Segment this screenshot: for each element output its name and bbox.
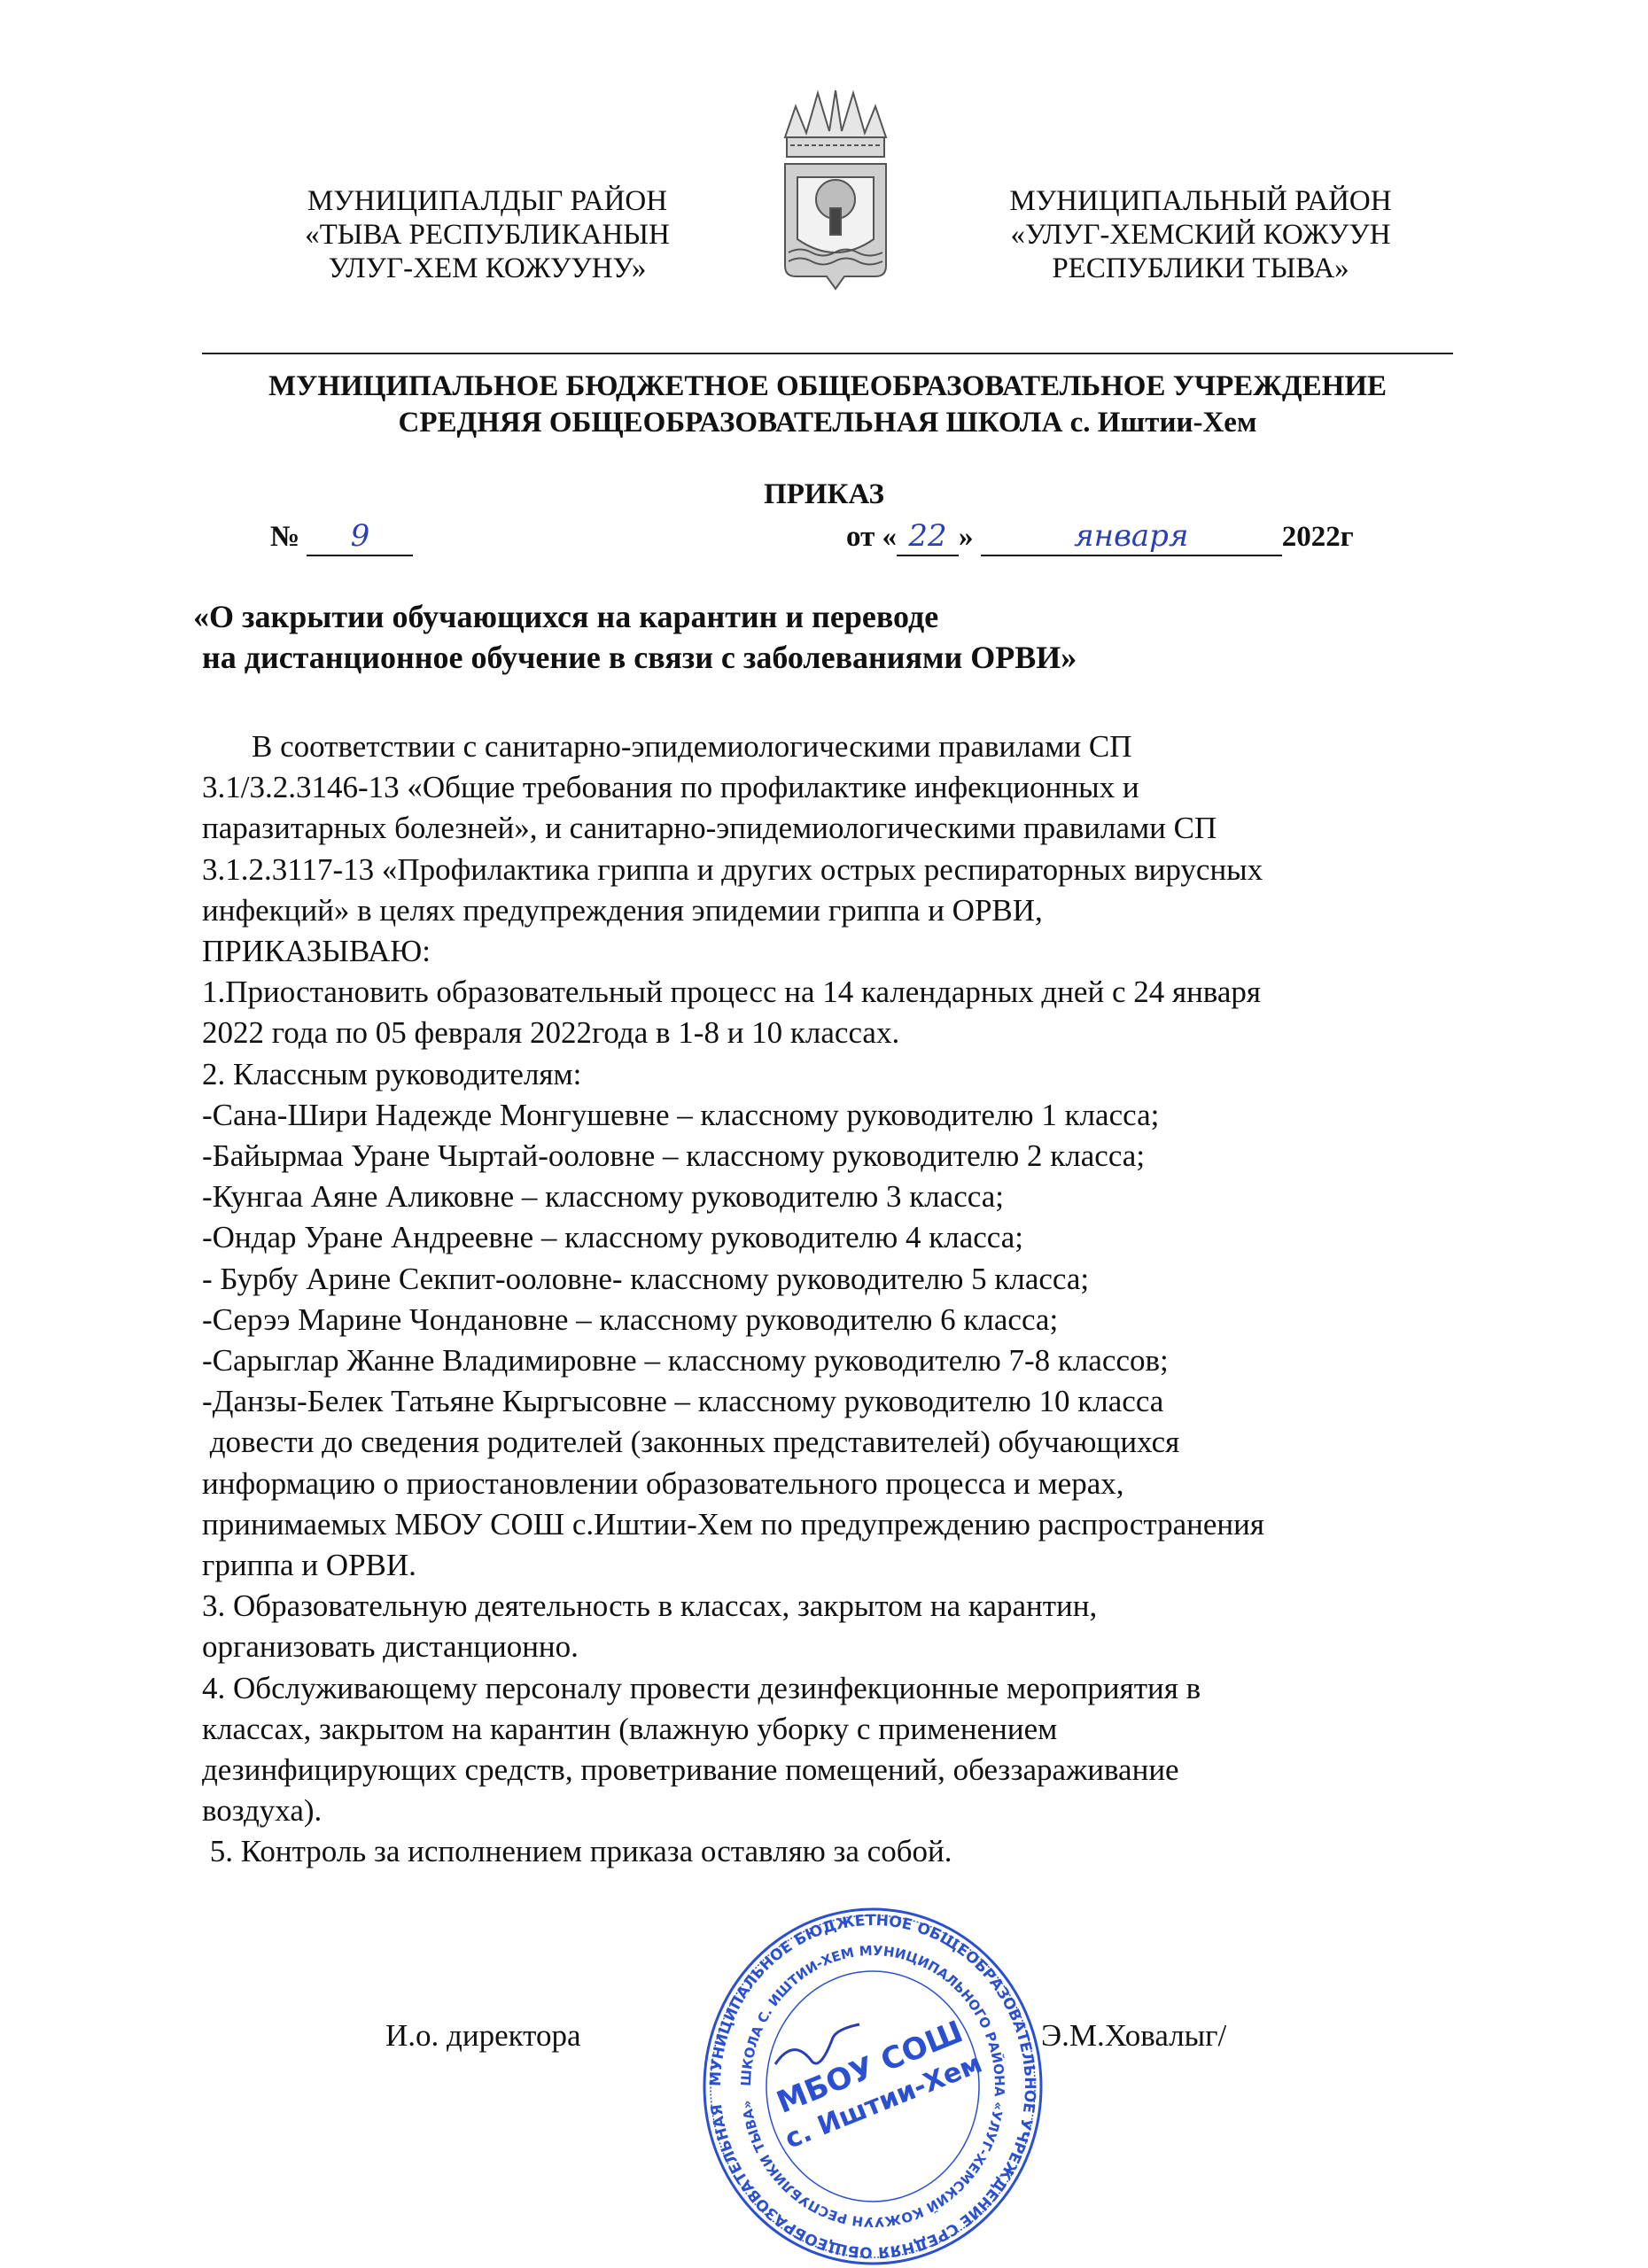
header-right-line: «УЛУГ-ХЕМСКИЙ КОЖУУН — [983, 218, 1418, 252]
header-left-line: МУНИЦИПАЛДЫГ РАЙОН — [292, 184, 682, 218]
signature-name: Э.М.Ховалыг/ — [1041, 2018, 1226, 2054]
date-year: 2022г — [1282, 521, 1354, 553]
date-day: 22 — [908, 518, 946, 554]
body-line: В соответствии с санитарно-эпидемиологич… — [202, 726, 1496, 767]
signature-position: И.о. директора — [385, 2018, 581, 2054]
date-mid: » — [959, 521, 974, 553]
order-date: от «22» января2022г — [846, 518, 1354, 556]
body-line: 5. Контроль за исполнением приказа остав… — [202, 1831, 1496, 1872]
body-line: - Бурбу Арине Секпит-ооловне- классному … — [202, 1259, 1496, 1300]
body-line: 3.1/3.2.3146-13 «Общие требования по про… — [202, 767, 1496, 808]
stamp-outer-text: МУНИЦИПАЛЬНОЕ БЮДЖЕТНОЕ ОБЩЕОБРАЗОВАТЕЛЬ… — [707, 1912, 1038, 2261]
order-title-line-1: «О закрытии обучающихся на карантин и пе… — [193, 596, 938, 637]
body-line: -Ондар Уране Андреевне – классному руков… — [202, 1217, 1496, 1258]
body-line: -Байырмаа Уране Чыртай-ооловне – классно… — [202, 1136, 1496, 1177]
order-title-line-2: на дистанционное обучение в связи с забо… — [202, 637, 1077, 678]
body-line: информацию о приостановлении образовател… — [202, 1464, 1496, 1504]
order-number-label: № — [270, 521, 299, 553]
date-month: января — [1074, 518, 1188, 554]
body-line: -Данзы-Белек Татьяне Кыргысовне – классн… — [202, 1381, 1496, 1422]
order-body: В соответствии с санитарно-эпидемиологич… — [202, 726, 1496, 1873]
order-number-value: 9 — [351, 518, 370, 554]
header-right-line: РЕСПУБЛИКИ ТЫВА» — [983, 252, 1418, 285]
body-line: 4. Обслуживающему персоналу провести дез… — [202, 1668, 1496, 1709]
body-line: гриппа и ОРВИ. — [202, 1545, 1496, 1586]
header-right: МУНИЦИПАЛЬНЫЙ РАЙОН «УЛУГ-ХЕМСКИЙ КОЖУУН… — [983, 184, 1418, 285]
body-line: 2022 года по 05 февраля 2022года в 1-8 и… — [202, 1013, 1496, 1053]
body-line: ПРИКАЗЫВАЮ: — [202, 931, 1496, 972]
body-line: -Серээ Марине Чондановне – классному рук… — [202, 1300, 1496, 1340]
body-line: -Сарыглар Жанне Владимировне – классному… — [202, 1340, 1496, 1381]
body-line: 1.Приостановить образовательный процесс … — [202, 972, 1496, 1013]
body-line: инфекций» в целях предупреждения эпидеми… — [202, 890, 1496, 931]
body-line: воздуха). — [202, 1790, 1496, 1831]
date-prefix: от « — [846, 521, 897, 553]
header-left: МУНИЦИПАЛДЫГ РАЙОН «ТЫВА РЕСПУБЛИКАНЫН У… — [292, 184, 682, 285]
body-line: 3.1.2.3117-13 «Профилактика гриппа и дру… — [202, 850, 1496, 890]
header-divider — [202, 353, 1453, 354]
institution-line-1: МУНИЦИПАЛЬНОЕ БЮДЖЕТНОЕ ОБЩЕОБРАЗОВАТЕЛЬ… — [202, 369, 1453, 404]
order-heading: ПРИКАЗ — [0, 478, 1648, 511]
institution-line-2: СРЕДНЯЯ ОБЩЕОБРАЗОВАТЕЛЬНАЯ ШКОЛА с. Ишт… — [202, 405, 1453, 440]
coat-of-arms-emblem-icon — [778, 89, 893, 292]
body-line: -Сана-Шири Надежде Монгушевне – классном… — [202, 1095, 1496, 1136]
order-number: № 9 — [270, 518, 413, 556]
header-right-line: МУНИЦИПАЛЬНЫЙ РАЙОН — [983, 184, 1418, 218]
body-line: -Кунгаа Аяне Аликовне – классному руково… — [202, 1177, 1496, 1217]
body-line: паразитарных болезней», и санитарно-эпид… — [202, 808, 1496, 849]
header-left-line: «ТЫВА РЕСПУБЛИКАНЫН — [292, 218, 682, 252]
svg-text:МУНИЦИПАЛЬНОЕ БЮДЖЕТНОЕ ОБЩЕОБ: МУНИЦИПАЛЬНОЕ БЮДЖЕТНОЕ ОБЩЕОБРАЗОВАТЕЛЬ… — [707, 1912, 1038, 2261]
header-left-line: УЛУГ-ХЕМ КОЖУУНУ» — [292, 252, 682, 285]
body-line: довести до сведения родителей (законных … — [202, 1422, 1496, 1463]
official-stamp-icon: МУНИЦИПАЛЬНОЕ БЮДЖЕТНОЕ ОБЩЕОБРАЗОВАТЕЛЬ… — [700, 1905, 1046, 2268]
body-line: принимаемых МБОУ СОШ с.Иштии-Хем по пред… — [202, 1504, 1496, 1545]
body-line: классах, закрытом на карантин (влажную у… — [202, 1709, 1496, 1750]
body-line: 2. Классным руководителям: — [202, 1054, 1496, 1095]
body-line: 3. Образовательную деятельность в класса… — [202, 1586, 1496, 1627]
body-line: организовать дистанционно. — [202, 1627, 1496, 1667]
body-line: дезинфицирующих средств, проветривание п… — [202, 1750, 1496, 1790]
